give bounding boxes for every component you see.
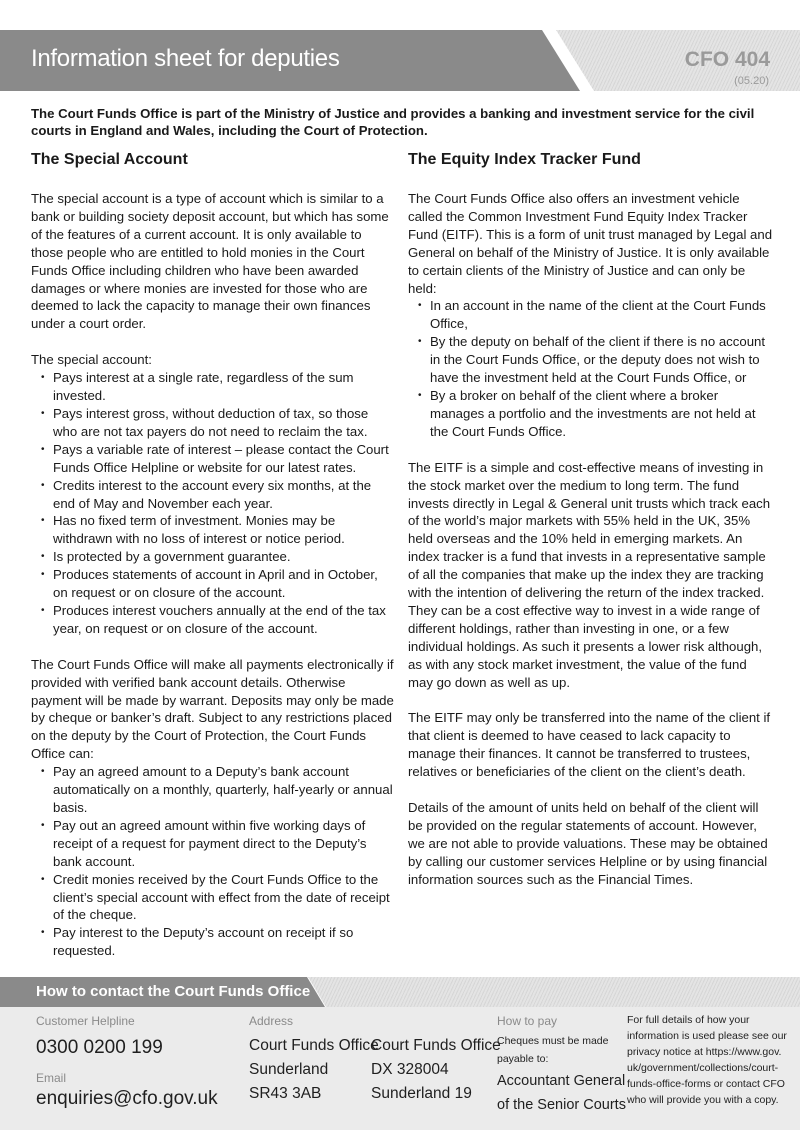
paragraph: Details of the amount of units held on b… bbox=[408, 799, 773, 889]
list-item: Credit monies received by the Court Fund… bbox=[31, 871, 396, 925]
list-item: Produces statements of account in April … bbox=[31, 566, 396, 602]
section-heading: The Special Account bbox=[31, 150, 396, 170]
list-item: In an account in the name of the client … bbox=[408, 297, 773, 333]
email-link[interactable]: enquiries@cfo.gov.uk bbox=[36, 1087, 218, 1111]
dx-address-line: Court Funds Office bbox=[371, 1034, 501, 1058]
privacy-line: information is used please see our bbox=[627, 1029, 787, 1044]
how-to-pay-label: How to pay bbox=[497, 1014, 557, 1028]
privacy-line: funds-office-forms or contact CFO bbox=[627, 1077, 785, 1092]
section-heading: The Equity Index Tracker Fund bbox=[408, 150, 773, 170]
footer-title: How to contact the Court Funds Office bbox=[36, 983, 310, 1000]
email-label: Email bbox=[36, 1071, 66, 1085]
paragraph: The special account: bbox=[31, 351, 396, 369]
bullet-list: Pays interest at a single rate, regardle… bbox=[31, 369, 396, 638]
paragraph: The Court Funds Office will make all pay… bbox=[31, 656, 396, 763]
pay-note: Cheques must be made bbox=[497, 1034, 608, 1049]
list-item: Pays interest at a single rate, regardle… bbox=[31, 369, 396, 405]
list-item: Pays a variable rate of interest – pleas… bbox=[31, 441, 396, 477]
form-code: CFO 404 bbox=[685, 48, 770, 72]
pay-note: payable to: bbox=[497, 1052, 548, 1067]
intro-text: The Court Funds Office is part of the Mi… bbox=[31, 105, 771, 139]
list-item: Pays interest gross, without deduction o… bbox=[31, 405, 396, 441]
payee-name: Accountant General bbox=[497, 1069, 625, 1093]
payee-name: of the Senior Courts bbox=[497, 1093, 626, 1117]
special-account-column: The Special Account The special account … bbox=[31, 150, 396, 978]
page-title: Information sheet for deputies bbox=[31, 45, 340, 73]
bullet-list: Pay an agreed amount to a Deputy’s bank … bbox=[31, 763, 396, 960]
privacy-line: who will provide you with a copy. bbox=[627, 1093, 779, 1108]
equity-tracker-column: The Equity Index Tracker Fund The Court … bbox=[408, 150, 773, 907]
helpline-number[interactable]: 0300 0200 199 bbox=[36, 1036, 163, 1060]
privacy-line[interactable]: uk/government/collections/court- bbox=[627, 1061, 778, 1076]
paragraph: The special account is a type of account… bbox=[31, 190, 396, 333]
helpline-label: Customer Helpline bbox=[36, 1014, 135, 1028]
paragraph: The EITF is a simple and cost-effective … bbox=[408, 459, 773, 692]
list-item: Has no fixed term of investment. Monies … bbox=[31, 512, 396, 548]
address-line: Court Funds Office bbox=[249, 1034, 379, 1058]
dx-address-line: DX 328004 bbox=[371, 1058, 449, 1082]
paragraph: The EITF may only be transferred into th… bbox=[408, 709, 773, 781]
privacy-line[interactable]: privacy notice at https://www.gov. bbox=[627, 1045, 781, 1060]
bullet-list: In an account in the name of the client … bbox=[408, 297, 773, 440]
address-line: Sunderland bbox=[249, 1058, 328, 1082]
privacy-line: For full details of how your bbox=[627, 1013, 750, 1028]
list-item: Credits interest to the account every si… bbox=[31, 477, 396, 513]
list-item: Produces interest vouchers annually at t… bbox=[31, 602, 396, 638]
list-item: Is protected by a government guarantee. bbox=[31, 548, 396, 566]
address-label: Address bbox=[249, 1014, 293, 1028]
list-item: Pay interest to the Deputy’s account on … bbox=[31, 924, 396, 960]
list-item: By a broker on behalf of the client wher… bbox=[408, 387, 773, 441]
header-band: Information sheet for deputies CFO 404 (… bbox=[0, 30, 800, 91]
contact-footer: How to contact the Court Funds Office Cu… bbox=[0, 977, 800, 1130]
address-line: SR43 3AB bbox=[249, 1082, 321, 1106]
form-date: (05.20) bbox=[734, 75, 769, 87]
list-item: Pay an agreed amount to a Deputy’s bank … bbox=[31, 763, 396, 817]
list-item: Pay out an agreed amount within five wor… bbox=[31, 817, 396, 871]
paragraph: The Court Funds Office also offers an in… bbox=[408, 190, 773, 297]
footer-body: Customer Helpline 0300 0200 199 Email en… bbox=[0, 1007, 800, 1130]
footer-striped-bar bbox=[308, 977, 800, 1007]
dx-address-line: Sunderland 19 bbox=[371, 1082, 472, 1106]
list-item: By the deputy on behalf of the client if… bbox=[408, 333, 773, 387]
